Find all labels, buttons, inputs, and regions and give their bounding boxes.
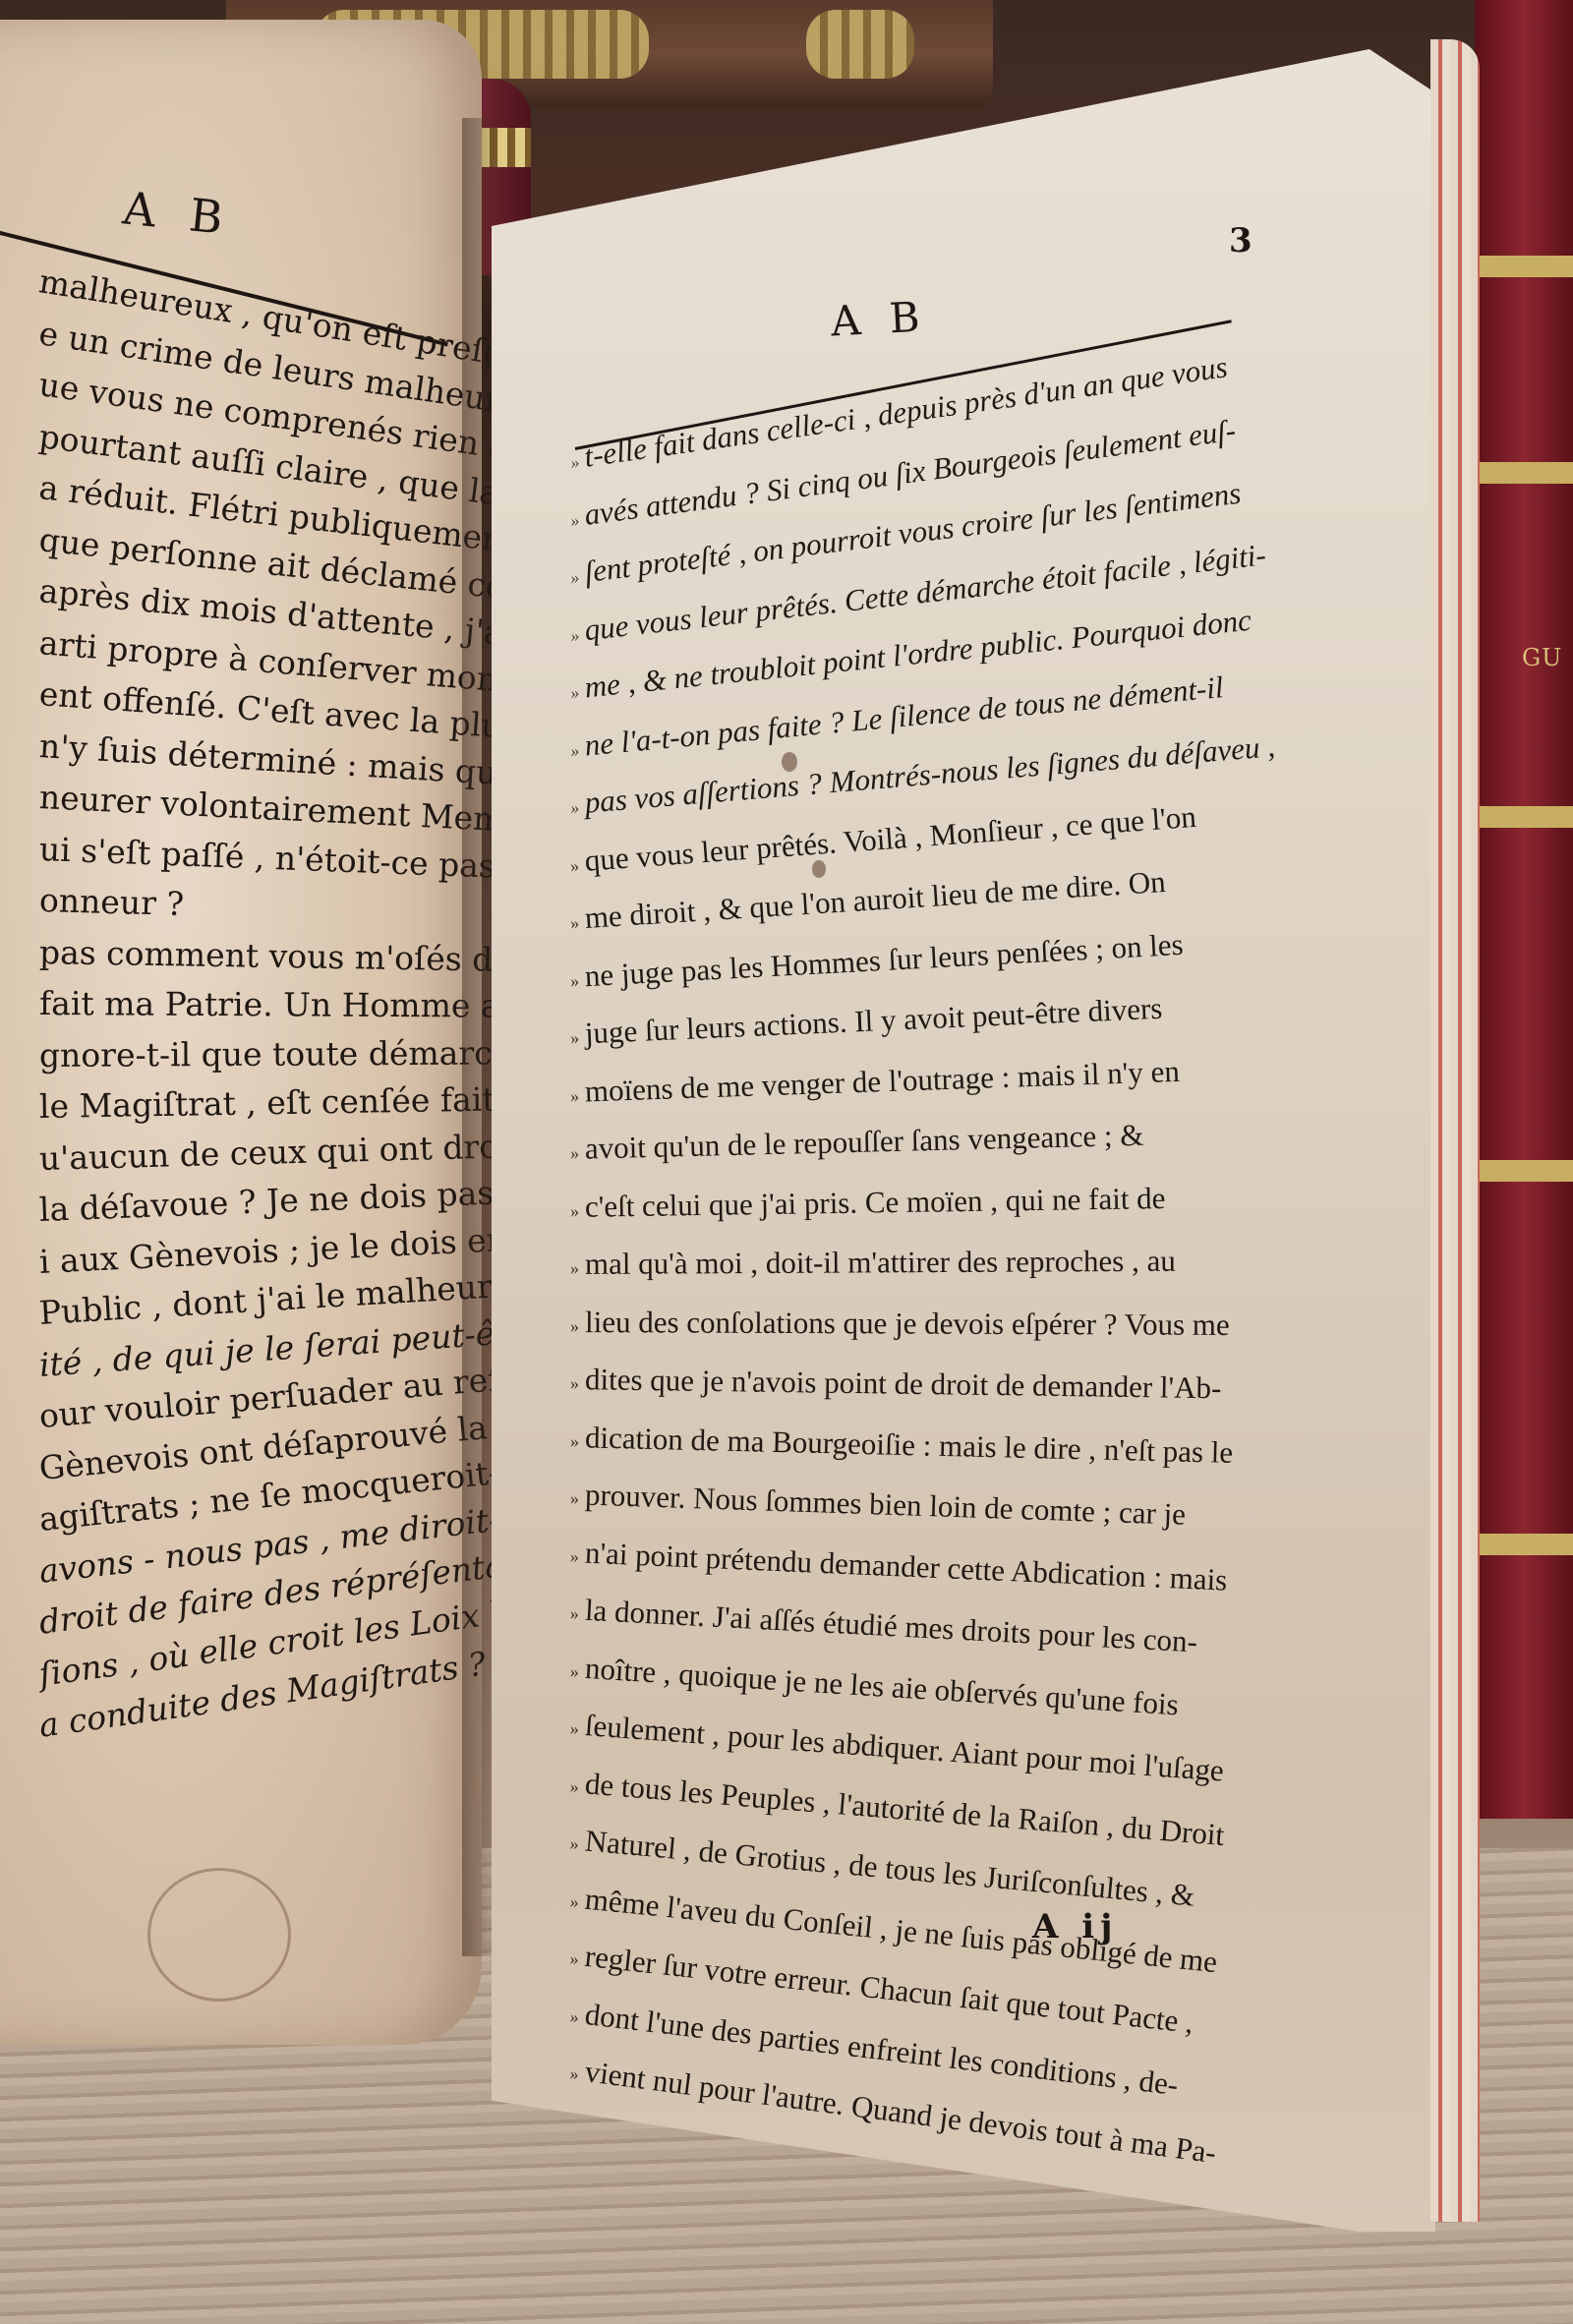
quote-mark: »: [570, 1316, 579, 1336]
line-text: avoit qu'un de le repouſſer ſans vengean…: [585, 1118, 1144, 1166]
line-text: n'ai point prétendu demander cette Abdic…: [584, 1535, 1228, 1597]
quote-mark: »: [569, 509, 581, 530]
background-books-right: [1475, 0, 1573, 1819]
quote-mark: »: [569, 2006, 580, 2027]
red-page-edges: [1430, 39, 1480, 2222]
gilt-band: [1475, 806, 1573, 828]
quote-mark: »: [569, 1891, 580, 1912]
foxing-spot: [812, 860, 826, 878]
quote-mark: »: [570, 1373, 579, 1393]
right-page-text: »t-elle fait dans celle-ci , depuis près…: [570, 433, 1278, 2101]
line-text: c'eſt celui que j'ai pris. Ce moïen , qu…: [585, 1181, 1166, 1224]
right-text-line: »dites que je n'avois point de droit de …: [570, 1353, 1279, 1421]
gilt-band: [1475, 1160, 1573, 1182]
quote-mark: »: [570, 970, 580, 990]
line-text: moïens de me venger de l'outrage : mais …: [584, 1053, 1180, 1108]
quote-mark: »: [570, 1028, 580, 1048]
page-number: 3: [1229, 221, 1253, 261]
quote-mark: »: [570, 1200, 579, 1220]
quote-mark: »: [569, 567, 580, 588]
quote-mark: »: [568, 2063, 580, 2084]
right-text-line: »lieu des conſolations que je devois eſp…: [570, 1296, 1278, 1357]
signature-mark: A ij: [1032, 1907, 1118, 1946]
gilt-band: [1475, 462, 1573, 484]
quote-mark: »: [569, 452, 581, 473]
spine-label: GU: [1522, 644, 1562, 671]
quote-mark: »: [570, 1143, 579, 1163]
quote-mark: »: [570, 1085, 580, 1105]
gilt-ornament: [806, 10, 914, 79]
line-text: lieu des conſolations que je devois eſpé…: [585, 1305, 1230, 1342]
line-text: dites que je n'avois point de droit de d…: [585, 1362, 1222, 1405]
gilt-band: [1475, 1534, 1573, 1555]
right-text-line: »c'eſt celui que j'ai pris. Ce moïen , q…: [570, 1170, 1279, 1238]
line-text: dication de ma Bourgeoiſie : mais le dir…: [585, 1420, 1234, 1470]
right-running-head: A B: [830, 292, 929, 345]
quote-mark: »: [569, 797, 580, 818]
quote-mark: »: [569, 912, 579, 933]
gilt-band: [1475, 256, 1573, 277]
quote-mark: »: [569, 1776, 580, 1797]
quote-mark: »: [569, 1661, 579, 1682]
quote-mark: »: [569, 1833, 580, 1854]
quote-mark: »: [570, 1258, 579, 1278]
quote-mark: »: [570, 1488, 580, 1508]
quote-mark: »: [569, 682, 580, 703]
right-text-line: »mal qu'à moi , doit-il m'attirer des re…: [570, 1234, 1278, 1295]
quote-mark: »: [569, 1718, 579, 1739]
foxing-spot: [782, 752, 797, 772]
quote-mark: »: [569, 855, 579, 876]
quote-mark: »: [569, 1546, 579, 1566]
ink-stamp: [147, 1868, 291, 2002]
quote-mark: »: [569, 1948, 580, 1969]
quote-mark: »: [569, 1603, 579, 1623]
line-text: mal qu'à moi , doit-il m'attirer des rep…: [585, 1244, 1176, 1281]
quote-mark: »: [569, 740, 580, 761]
left-running-head: A B: [120, 181, 235, 245]
quote-mark: »: [570, 1431, 579, 1451]
line-text: prouver. Nous ſommes bien loin de comte …: [585, 1478, 1187, 1532]
quote-mark: »: [569, 625, 580, 646]
